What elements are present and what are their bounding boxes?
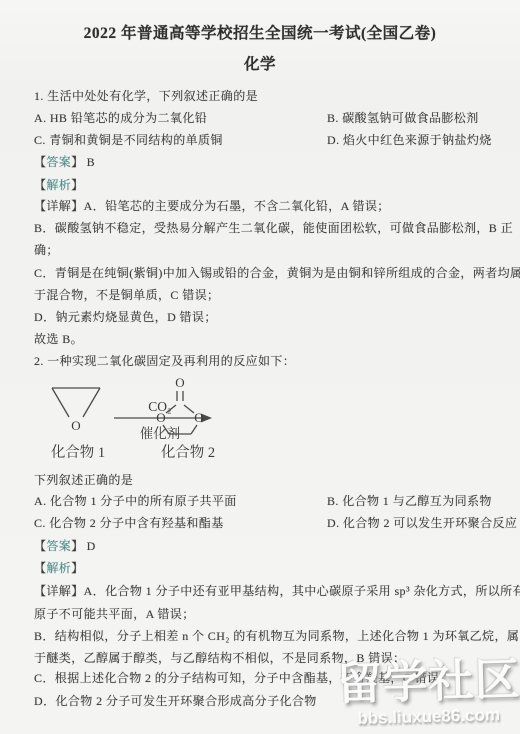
q2-analysis-row: 【解析】 [34, 560, 84, 576]
compound2-label: 化合物 2 [161, 443, 215, 461]
q2-option-d: D. 化合物 2 可以发生开环聚合反应 [327, 515, 517, 531]
q1-option-c: C. 青铜和黄铜是不同结构的单质铜 [34, 132, 223, 148]
bracket-open: 【 [34, 539, 46, 553]
compound1-structure: O [52, 388, 100, 433]
bracket-close: 】 [71, 155, 83, 169]
q2-option-b: B. 化合物 1 与乙醇互为同系物 [327, 493, 492, 509]
bracket-open: 【 [34, 178, 46, 192]
answer-label: 答案 [46, 539, 71, 553]
q1-option-d: D. 焰火中红色来源于钠盐灼烧 [327, 132, 492, 148]
document-title: 2022 年普通高等学校招生全国统一考试(全国乙卷) [0, 21, 520, 43]
q1-option-b: B. 碳酸氢钠可做食品膨松剂 [327, 110, 479, 126]
answer-label: 答案 [46, 155, 71, 169]
q2-explanation-line: 于醚类，乙醇属于醇类，与乙醇结构不相似，不是同系物，B 错误； [34, 650, 405, 666]
q1-explanation-line: D．钠元素灼烧显黄色，D 错误； [34, 309, 217, 325]
ring-oxygen-left-atom: O [156, 410, 165, 425]
q1-explanation-line: B．碳酸氢钠不稳定，受热易分解产生二氧化碳，能使面团松软，可做食品膨松剂，B 正 [34, 220, 513, 236]
q1-answer-row: 【答案】B [34, 154, 95, 170]
carbonyl-oxygen-atom: O [175, 375, 184, 390]
q2-explanation-line: C．根据上述化合物 2 的分子结构可知，分子中含酯基，不含羟基，C 错误； [34, 670, 452, 686]
bracket-open: 【 [34, 561, 46, 575]
q1-options-row-2: C. 青铜和黄铜是不同结构的单质铜 D. 焰火中红色来源于钠盐灼烧 [34, 132, 492, 148]
q1-explanation-line: 【详解】A．铅笔芯的主要成分为石墨，不含二氧化铅，A 错误； [34, 198, 390, 214]
bracket-close: 】 [71, 178, 83, 192]
q1-answer-letter: B [87, 155, 95, 169]
analysis-label: 解析 [46, 178, 71, 192]
q2-options-row-2: C. 化合物 2 分子中含有羟基和酯基 D. 化合物 2 可以发生开环聚合反应 [34, 515, 492, 531]
q2-option-a: A. 化合物 1 分子中的所有原子共平面 [34, 493, 237, 509]
compound1-oxygen-atom: O [71, 418, 80, 433]
q1-analysis-row: 【解析】 [34, 177, 84, 193]
document-subject: 化学 [0, 52, 520, 74]
q2-answer-row: 【答案】D [34, 538, 96, 554]
q1-options-row-1: A. HB 铅笔芯的成分为二氧化铅 B. 碳酸氢钠可做食品膨松剂 [34, 110, 492, 126]
q2-explanation-line: B．结构相似，分子上相差 n 个 CH₂ 的有机物互为同系物，上述化合物 1 为… [34, 628, 519, 644]
q2-prompt: 下列叙述正确的是 [34, 472, 133, 488]
exam-document-page: 2022 年普通高等学校招生全国统一考试(全国乙卷) 化学 1. 生活中处处有化… [0, 0, 520, 734]
q2-explanation-line: 原子不可能共平面，A 错误； [34, 606, 195, 622]
catalyst-below-arrow: 催化剂 [140, 425, 181, 441]
q1-explanation-line: C．青铜是在纯铜(紫铜)中加入锡或铅的合金，黄铜为是由铜和锌所组成的合金，两者均… [34, 265, 520, 281]
ring-oxygen-right-atom: O [194, 410, 203, 425]
q2-answer-letter: D [87, 539, 96, 553]
q1-explanation-line: 于混合物，不是铜单质，C 错误； [34, 287, 219, 303]
reaction-diagram: O CO₂ 催化剂 O O O 化合物 1 化合物 2 [36, 368, 266, 463]
q1-stem: 1. 生活中处处有化学，下列叙述正确的是 [34, 88, 258, 104]
q2-explanation-line: D．化合物 2 分子可发生开环聚合形成高分子化合物 [34, 693, 317, 709]
q2-stem: 2. 一种实现二氧化碳固定及再利用的反应如下： [34, 353, 295, 369]
q2-option-c: C. 化合物 2 分子中含有羟基和酯基 [34, 515, 224, 531]
bracket-close: 】 [71, 561, 83, 575]
q1-option-a: A. HB 铅笔芯的成分为二氧化铅 [34, 110, 207, 126]
q1-conclusion: 故选 B。 [34, 331, 83, 347]
bracket-close: 】 [71, 539, 83, 553]
q2-explanation-line: 【详解】A．化合物 1 分子中还有亚甲基结构，其中心碳原子采用 sp³ 杂化方式… [34, 583, 520, 599]
analysis-label: 解析 [46, 561, 71, 575]
compound1-label: 化合物 1 [51, 443, 105, 461]
q1-explanation-line: 确； [34, 242, 59, 258]
q2-options-row-1: A. 化合物 1 分子中的所有原子共平面 B. 化合物 1 与乙醇互为同系物 [34, 493, 492, 509]
watermark-site-url: bbs.liuxue86.com [337, 706, 519, 729]
bracket-open: 【 [34, 155, 46, 169]
